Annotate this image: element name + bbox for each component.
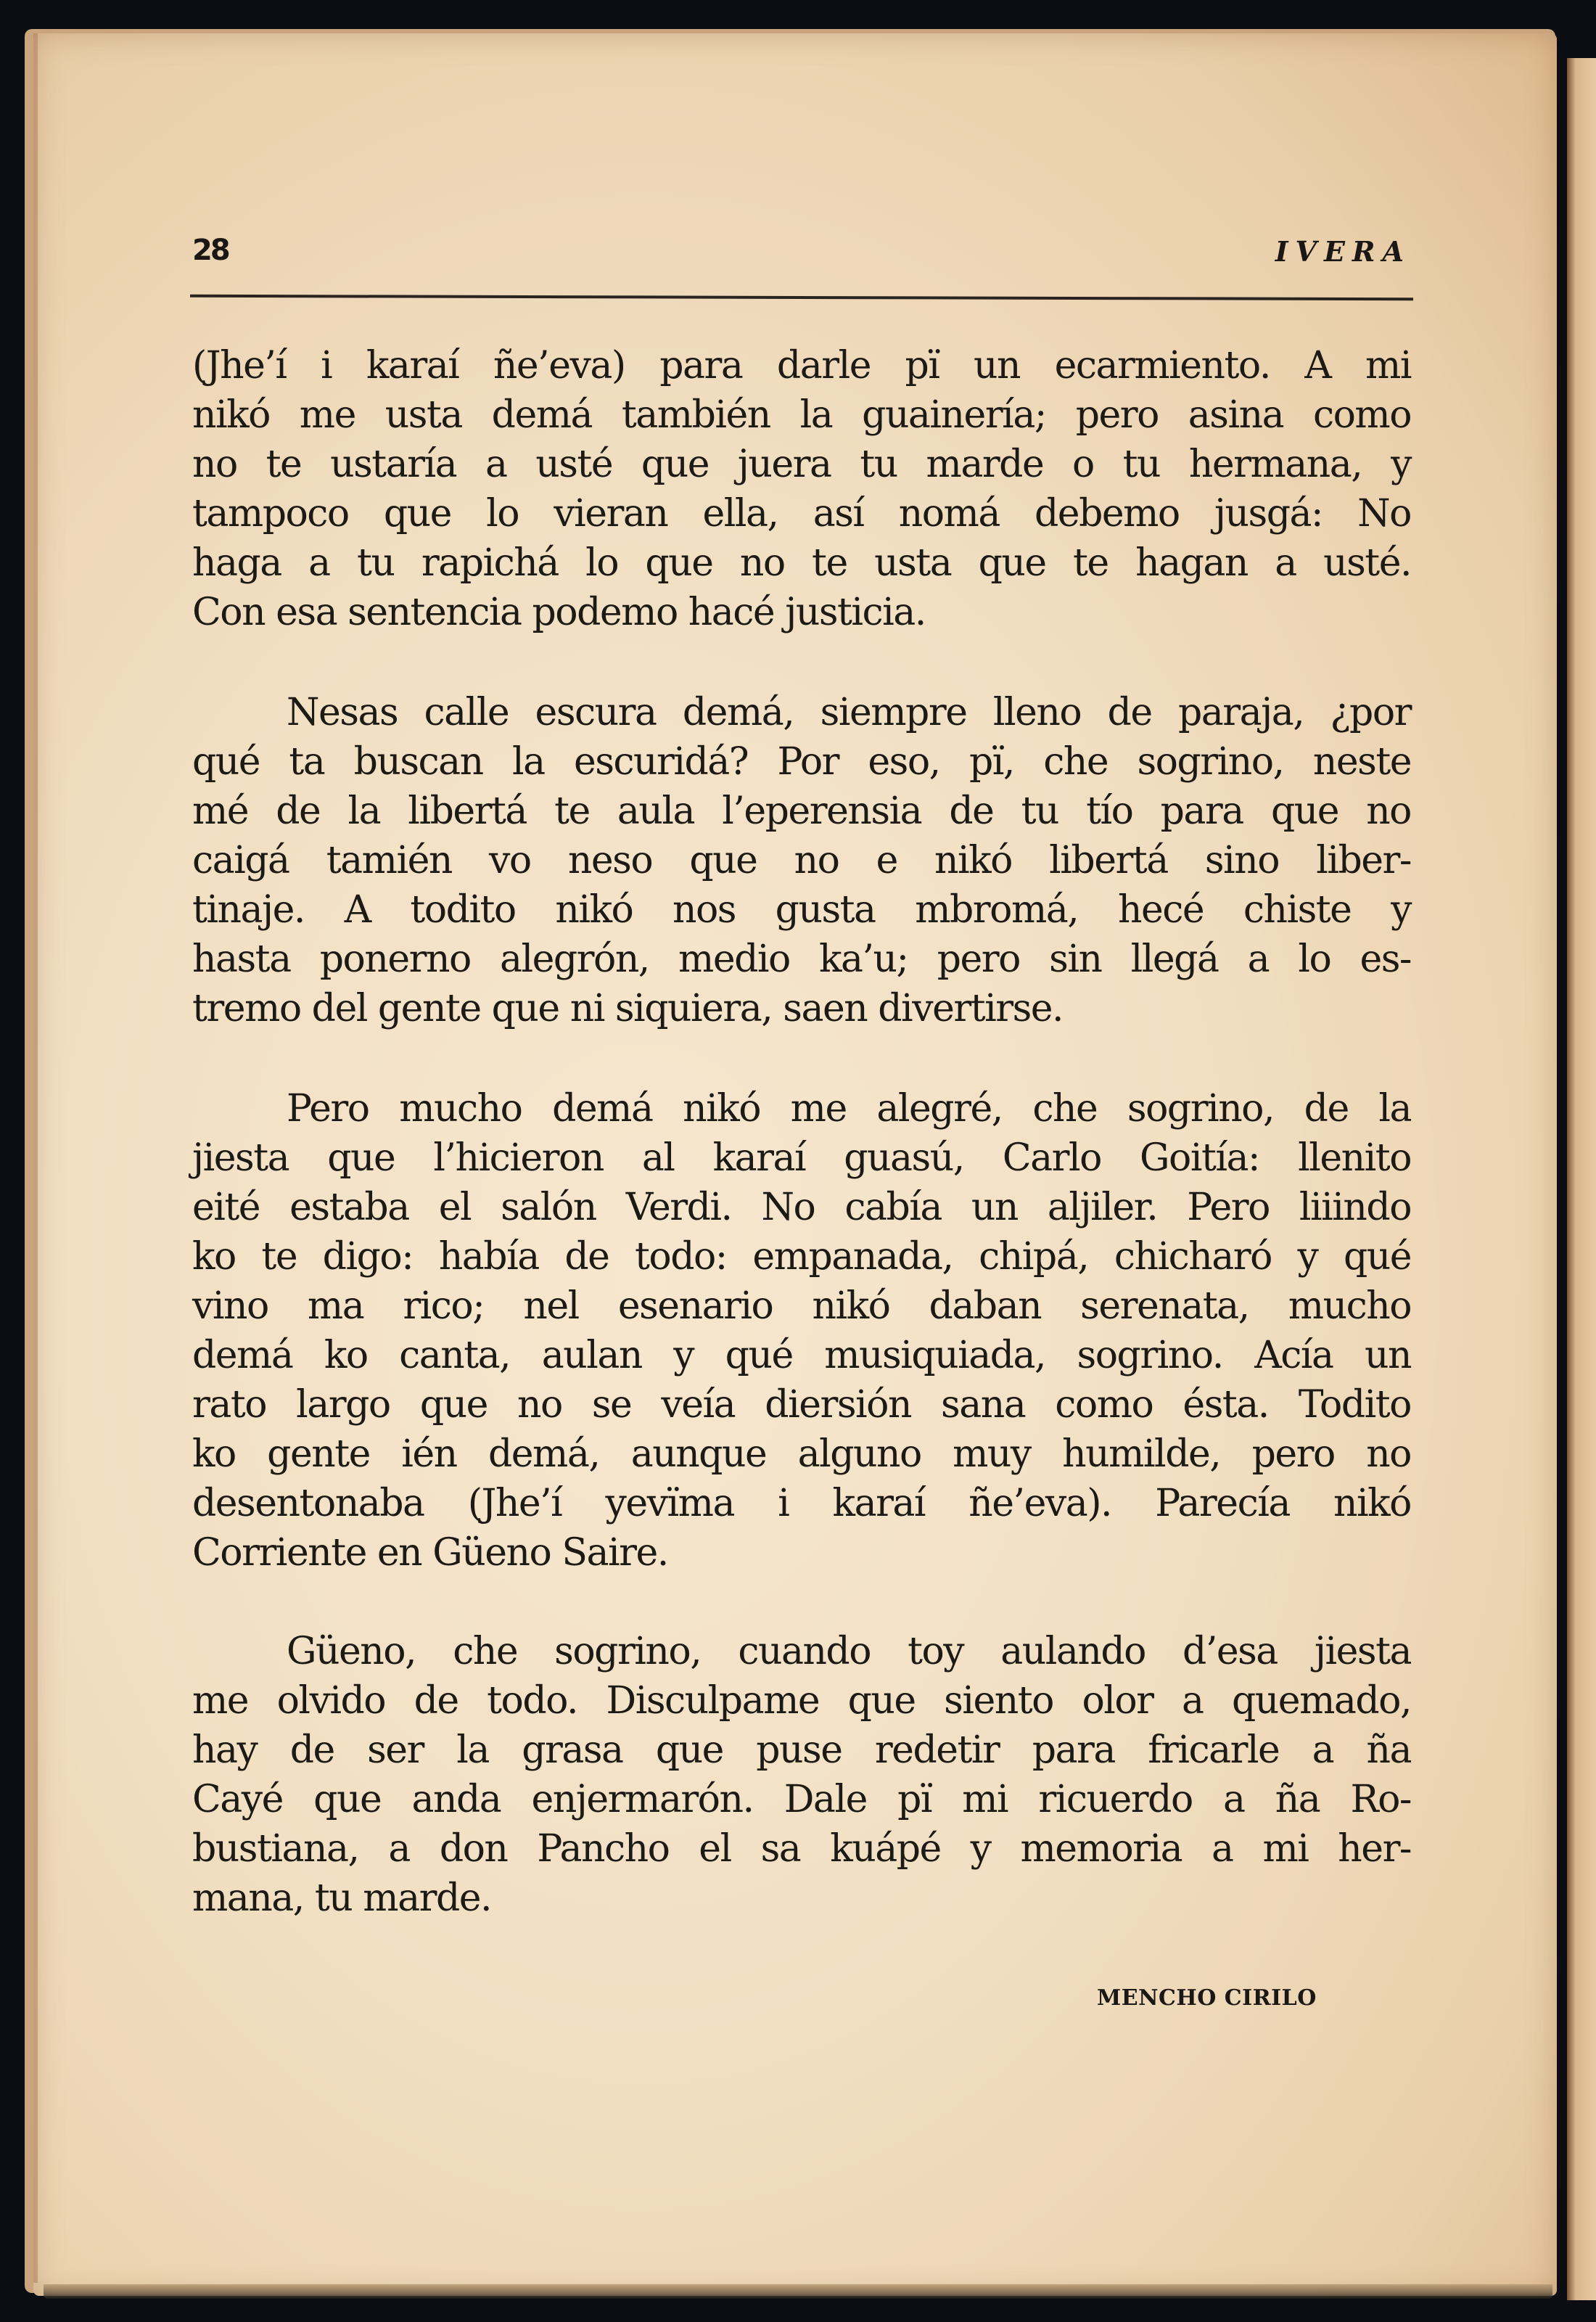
author-signature: MENCHO CIRILO (1097, 1985, 1317, 2011)
text-line: Pero mucho demá nikó me alegré, che sogr… (287, 1090, 1411, 1128)
text-line: jiesta que l’hicieron al karaí guasú, Ca… (192, 1139, 1411, 1177)
text-line: tinaje. A todito nikó nos gusta mbromá, … (192, 891, 1411, 929)
text-line: mé de la libertá te aula l’eperensia de … (192, 792, 1411, 830)
text-line: Corriente en Güeno Saire. (192, 1534, 1411, 1572)
text-line: ko te digo: había de todo: empanada, chi… (192, 1238, 1411, 1276)
text-line: Con esa sentencia podemo hacé justicia. (192, 594, 1411, 631)
text-line: (Jhe’í i karaí ñe’eva) para darle pï un … (192, 347, 1411, 385)
text-line: demá ko canta, aulan y qué musiquiada, s… (192, 1337, 1411, 1374)
text-line: bustiana, a don Pancho el sa kuápé y mem… (192, 1830, 1411, 1868)
text-line: eité estaba el salón Verdi. No cabía un … (192, 1189, 1411, 1226)
text-line: Cayé que anda enjermarón. Dale pï mi ric… (192, 1781, 1411, 1818)
page-bottom-edge (44, 2284, 1552, 2299)
text-line: Güeno, che sogrino, cuando toy aulando d… (287, 1633, 1411, 1670)
facing-page-edge (1567, 58, 1596, 2300)
text-line: tremo del gente que ni siquiera, saen di… (192, 990, 1411, 1027)
page-number: 28 (192, 234, 229, 267)
text-line: haga a tu rapichá lo que no te usta que … (192, 544, 1411, 582)
text-line: mana, tu marde. (192, 1879, 1411, 1917)
running-head: 28 IVERA (192, 234, 1411, 277)
page-left-edge (33, 33, 38, 2283)
text-line: no te ustaría a usté que juera tu marde … (192, 446, 1411, 483)
text-line: nikó me usta demá también la guainería; … (192, 396, 1411, 434)
running-title: IVERA (1275, 235, 1411, 268)
text-line: ko gente ién demá, aunque alguno muy hum… (192, 1435, 1411, 1473)
text-line: desentonaba (Jhe’í yevïma i karaí ñe’eva… (192, 1485, 1411, 1522)
text-line: hasta ponerno alegrón, medio ka’u; pero … (192, 940, 1411, 978)
text-line: me olvido de todo. Disculpame que siento… (192, 1682, 1411, 1720)
text-line: rato largo que no se veía diersión sana … (192, 1386, 1411, 1424)
text-line: hay de ser la grasa que puse redetir par… (192, 1731, 1411, 1769)
text-line: vino ma rico; nel esenario nikó daban se… (192, 1287, 1411, 1325)
text-line: qué ta buscan la escuridá? Por eso, pï, … (192, 743, 1411, 781)
text-line: caigá tamién vo neso que no e nikó liber… (192, 842, 1411, 879)
text-line: Nesas calle escura demá, siempre lleno d… (287, 694, 1411, 731)
text-line: tampoco que lo vieran ella, así nomá deb… (192, 495, 1411, 533)
